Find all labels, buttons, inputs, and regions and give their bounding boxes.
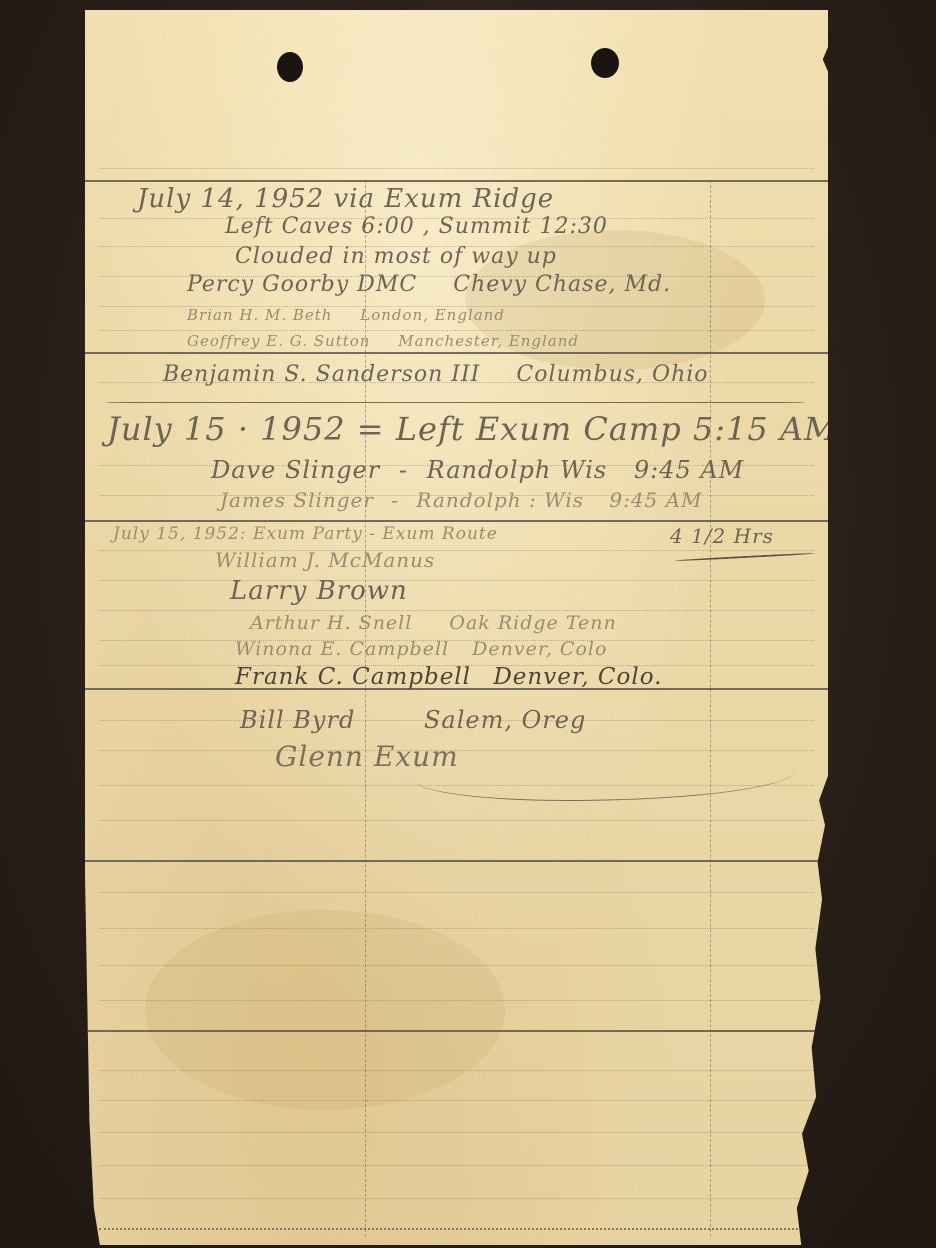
- entry-2-header: July 15 · 1952 = Left Exum Camp 5:15 AM: [107, 410, 838, 448]
- climber-place: Salem, Oreg: [424, 706, 586, 734]
- ruled-dotline: [99, 580, 814, 581]
- signature-flourish: [415, 750, 795, 801]
- climber-place: Randolph : Wis: [416, 488, 584, 512]
- paper-stain: [145, 910, 505, 1110]
- climber-name: Percy Goorby DMC Chevy Chase, Md.: [187, 272, 671, 297]
- ruled-dotline: [99, 1132, 814, 1133]
- climber-place: Randolph Wis: [427, 456, 608, 484]
- ruled-dotline: [99, 1228, 814, 1230]
- register-page: July 14, 1952 via Exum Ridge Left Caves …: [85, 10, 828, 1245]
- entry-3-header: July 15, 1952: Exum Party - Exum Route: [113, 524, 498, 544]
- climber-name: Geoffrey E. G. Sutton Manchester, Englan…: [187, 332, 579, 350]
- ruled-dotline: [99, 820, 814, 821]
- ruled-line: [85, 860, 828, 862]
- climber-place: Columbus, Ohio: [516, 362, 708, 387]
- climber-name: Bill Byrd Salem, Oreg: [240, 706, 586, 734]
- ruled-dotline: [99, 1198, 814, 1199]
- climber-name: Arthur H. Snell Oak Ridge Tenn: [250, 612, 617, 634]
- entry-3-duration: 4 1/2 Hrs: [670, 524, 774, 548]
- ruled-line: [85, 520, 828, 522]
- entry-1-header: July 14, 1952 via Exum Ridge: [137, 184, 554, 214]
- climber-place: Chevy Chase, Md.: [453, 272, 671, 297]
- ruled-dotline: [99, 610, 814, 611]
- climber-name: Frank C. Campbell Denver, Colo.: [235, 664, 662, 690]
- ruled-line: [85, 1030, 828, 1032]
- climber-name: Winona E. Campbell Denver, Colo: [235, 638, 607, 660]
- ruled-dotline: [99, 965, 814, 966]
- ruled-dotline: [99, 1070, 814, 1071]
- climber-name: William J. McManus: [215, 548, 435, 572]
- climber-name: Benjamin S. Sanderson III Columbus, Ohio: [163, 362, 709, 387]
- climber-name: James Slinger - Randolph : Wis 9:45 AM: [220, 488, 703, 512]
- duration-underline: [675, 552, 815, 561]
- punch-hole-left: [277, 52, 303, 82]
- climber-place: Manchester, England: [398, 332, 579, 350]
- ruled-dotline: [99, 550, 814, 551]
- entry-1-line-2: Clouded in most of way up: [235, 244, 557, 269]
- ruled-line-curved: [105, 402, 805, 403]
- climber-place: Oak Ridge Tenn: [449, 612, 616, 634]
- ruled-dotline: [99, 892, 814, 893]
- climber-time: 9:45 AM: [609, 488, 702, 512]
- ruled-line: [85, 352, 828, 354]
- climber-time: 9:45 AM: [634, 456, 744, 484]
- climber-name: Larry Brown: [230, 576, 408, 606]
- column-divider: [710, 180, 711, 1237]
- climber-place: London, England: [360, 306, 505, 324]
- ruled-dotline: [99, 330, 814, 331]
- punch-hole-right: [591, 48, 619, 78]
- ruled-dotline: [99, 1100, 814, 1101]
- climber-name: Brian H. M. Beth London, England: [187, 306, 505, 324]
- ruled-dotline: [99, 1000, 814, 1001]
- ruled-dotline: [99, 168, 814, 169]
- entry-1-line-1: Left Caves 6:00 , Summit 12:30: [225, 214, 608, 239]
- ruled-line: [85, 180, 828, 182]
- ruled-dotline: [99, 928, 814, 929]
- climber-place: Denver, Colo.: [493, 664, 662, 690]
- ruled-dotline: [99, 1165, 814, 1166]
- climber-place: Denver, Colo: [472, 638, 607, 660]
- climber-name: Dave Slinger - Randolph Wis 9:45 AM: [211, 456, 744, 484]
